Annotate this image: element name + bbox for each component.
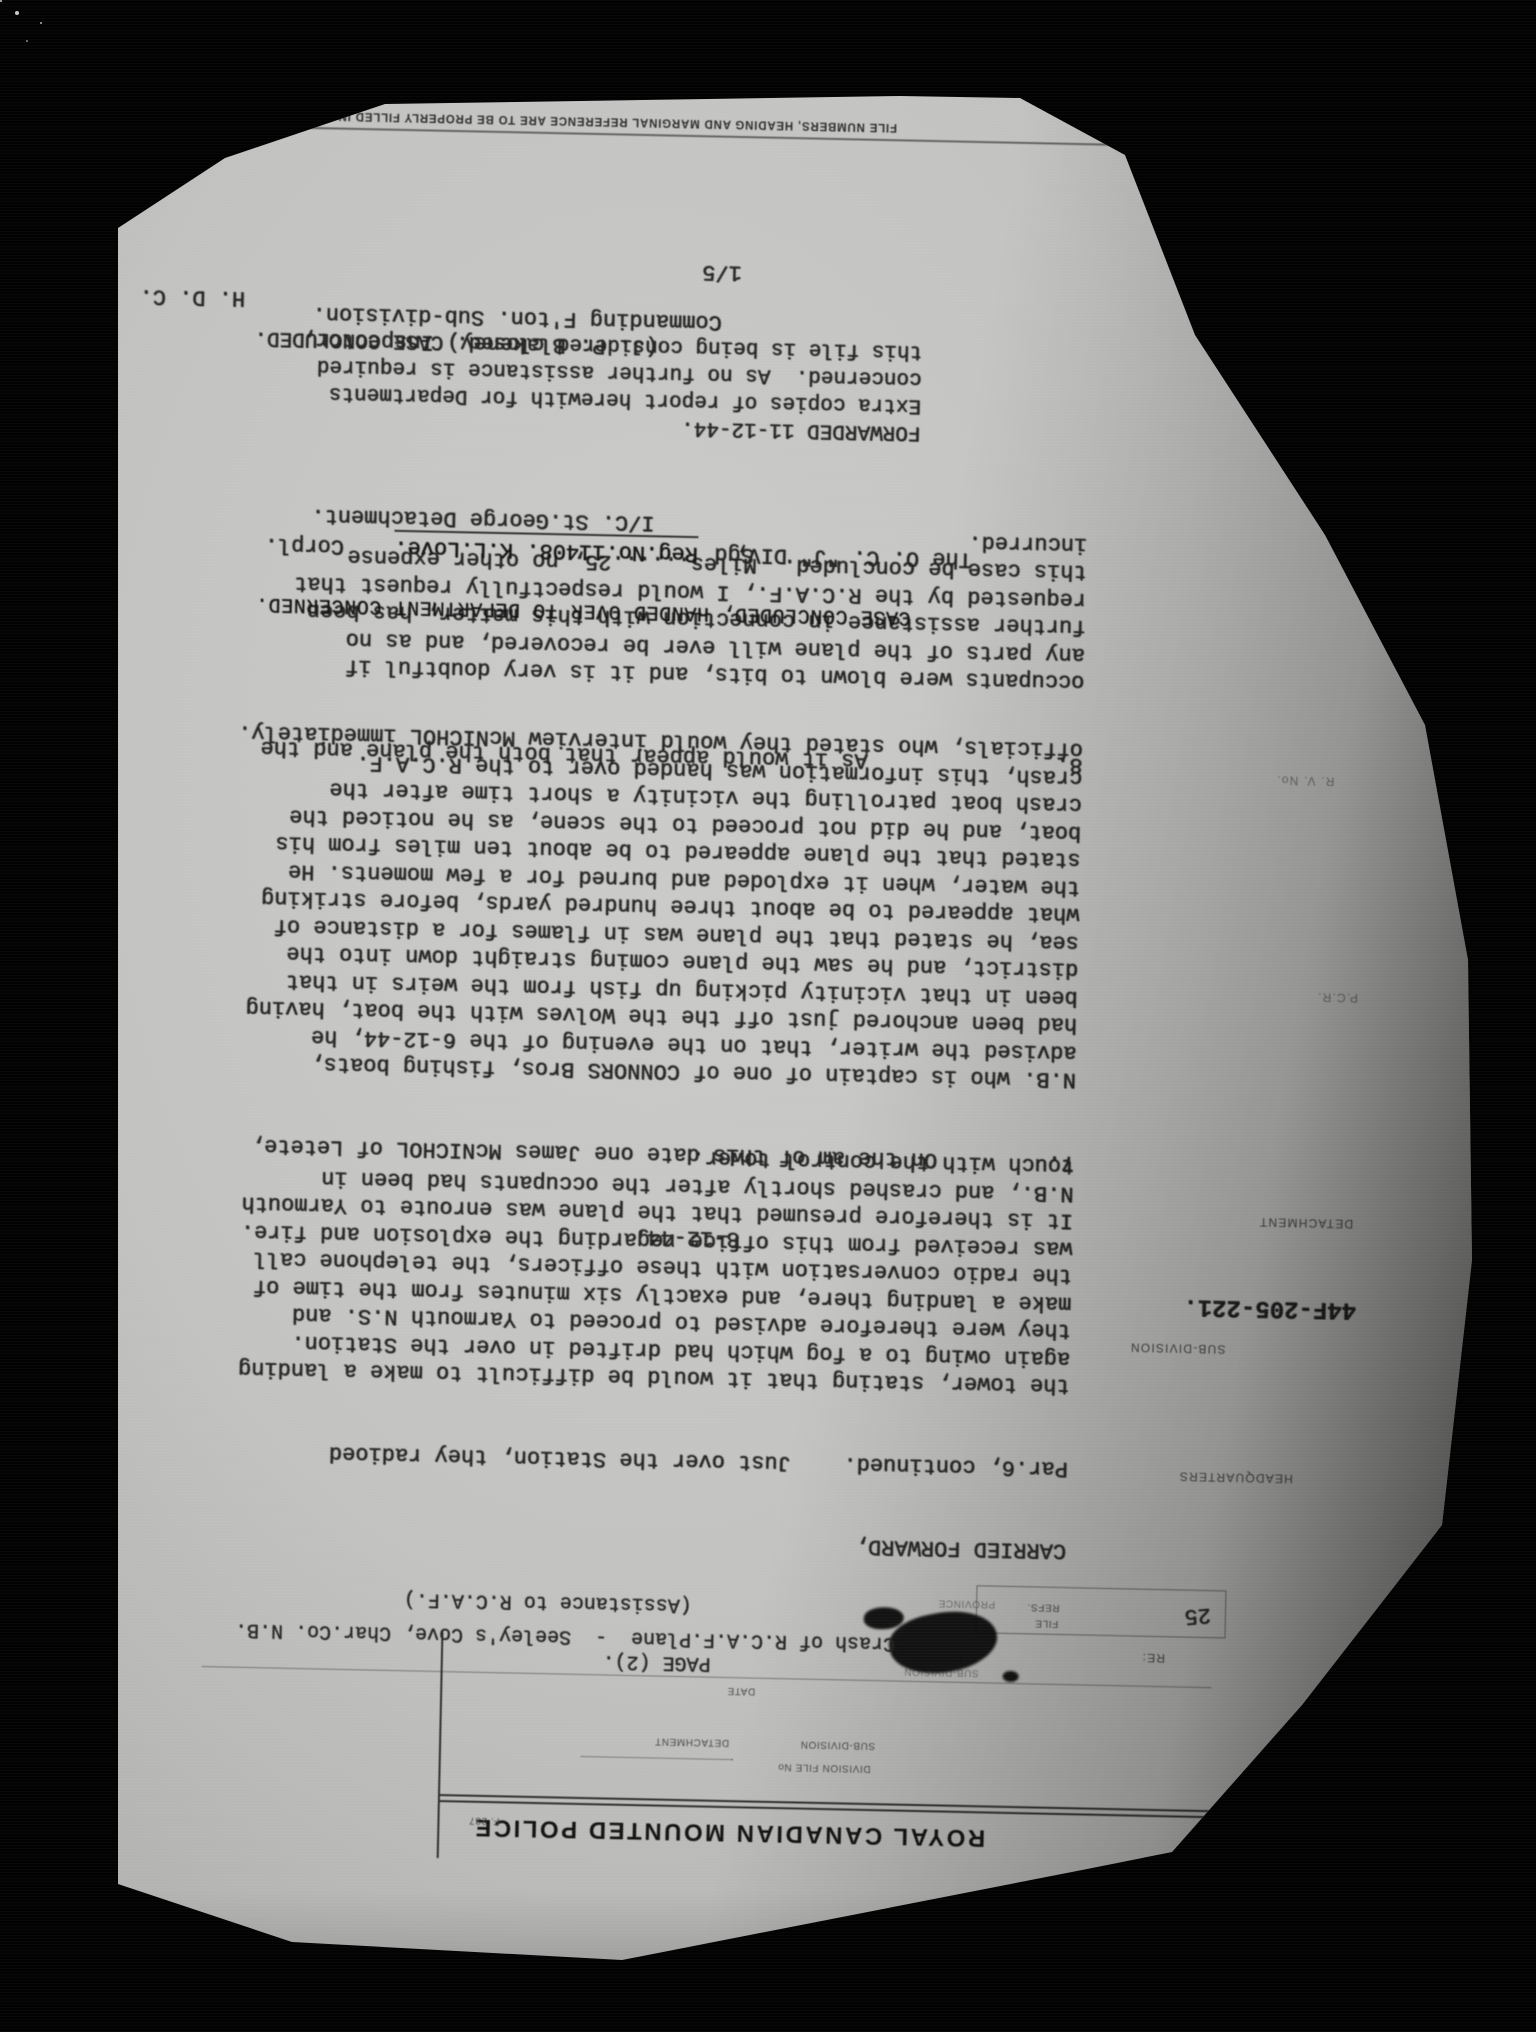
header-rule-bottom [439,1795,1444,1818]
header-vertical-rule [437,1632,443,1858]
file-refs-label-line2: REFS. [1027,1601,1060,1613]
film-speckles [0,0,2,2]
addressee-line: The O. C. "J" DIV, [734,540,972,572]
carried-forward-heading: CARRIED FORWARD, [855,1532,1067,1564]
paragraph-6-first-line: Par.6, continued.Just over the Station, … [236,1437,1068,1482]
division-file-no-label: DIVISION FILE No [778,1761,871,1774]
reviewer-initials: H. D. C. [139,282,245,312]
paragraph-8-first-line: 8.As it would appear that both the plane… [260,734,1083,779]
form-title: ROYAL CANADIAN MOUNTED POLICE [473,1813,986,1852]
margin-file-number: 44F-205-221. [1183,1293,1356,1324]
margin-rv-no-label: R. V. No. [1276,773,1335,788]
form-number: F. 237 [469,1815,500,1827]
paragraph-8-first-text: As it would appear that both the plane a… [260,735,868,773]
division-file-no-field [581,1756,733,1760]
file-refs-value: 25 [1183,1600,1212,1630]
subject-line: Crash of R.C.A.F.Plane - Seeley's Cove, … [235,1616,896,1656]
copies-notation: 1/5 [702,258,742,286]
file-refs-label-line1: FILE [1035,1617,1059,1628]
subject-note: (Assistance to R.C.A.F.) [404,1585,693,1617]
sgd-label: Sgd [714,540,754,568]
paragraph-7-first-text: On the am of this date one James McNICHO… [251,1133,938,1172]
paragraph-8-number: 8. [867,746,1083,778]
microfilm-scan: ROYAL CANADIAN MOUNTED POLICE F. 237 DIV… [0,0,1536,2032]
paragraph-6-first-text: Just over the Station, they radioed [329,1441,792,1476]
ink-dot [1003,1671,1019,1682]
paragraph-7-first-line: 7.On the am of this date one James McNIC… [229,1131,1074,1176]
file-refs-box: 25 FILE REFS. [976,1585,1227,1638]
margin-sub-division-label: SUB-DIVISION [1130,1340,1226,1356]
incident-date-line: 8-12-44. [634,1222,740,1252]
page-number: PAGE (2). [603,1647,712,1675]
re-label: RE: [1141,1651,1165,1665]
paragraph-6-label: Par.6, continued. [791,1449,1069,1482]
margin-detachment-label: DETACHMENT [1259,1215,1354,1231]
document-page: ROYAL CANADIAN MOUNTED POLICE F. 237 DIV… [0,0,1536,2032]
signer-rank: Corpl. [265,531,345,560]
date-label: DATE [727,1685,756,1697]
margin-pcr-label: P.C.R. [1317,990,1358,1005]
detachment-label: DETACHMENT [654,1736,729,1749]
margin-headquarters-label: HEADQUARTERS [1178,1469,1292,1485]
sub-division-label: SUB-DIVISION [800,1739,875,1752]
paragraph-7-number: 7. [937,1146,1075,1176]
report-content-rotated: ROYAL CANADIAN MOUNTED POLICE F. 237 DIV… [80,81,1479,1989]
